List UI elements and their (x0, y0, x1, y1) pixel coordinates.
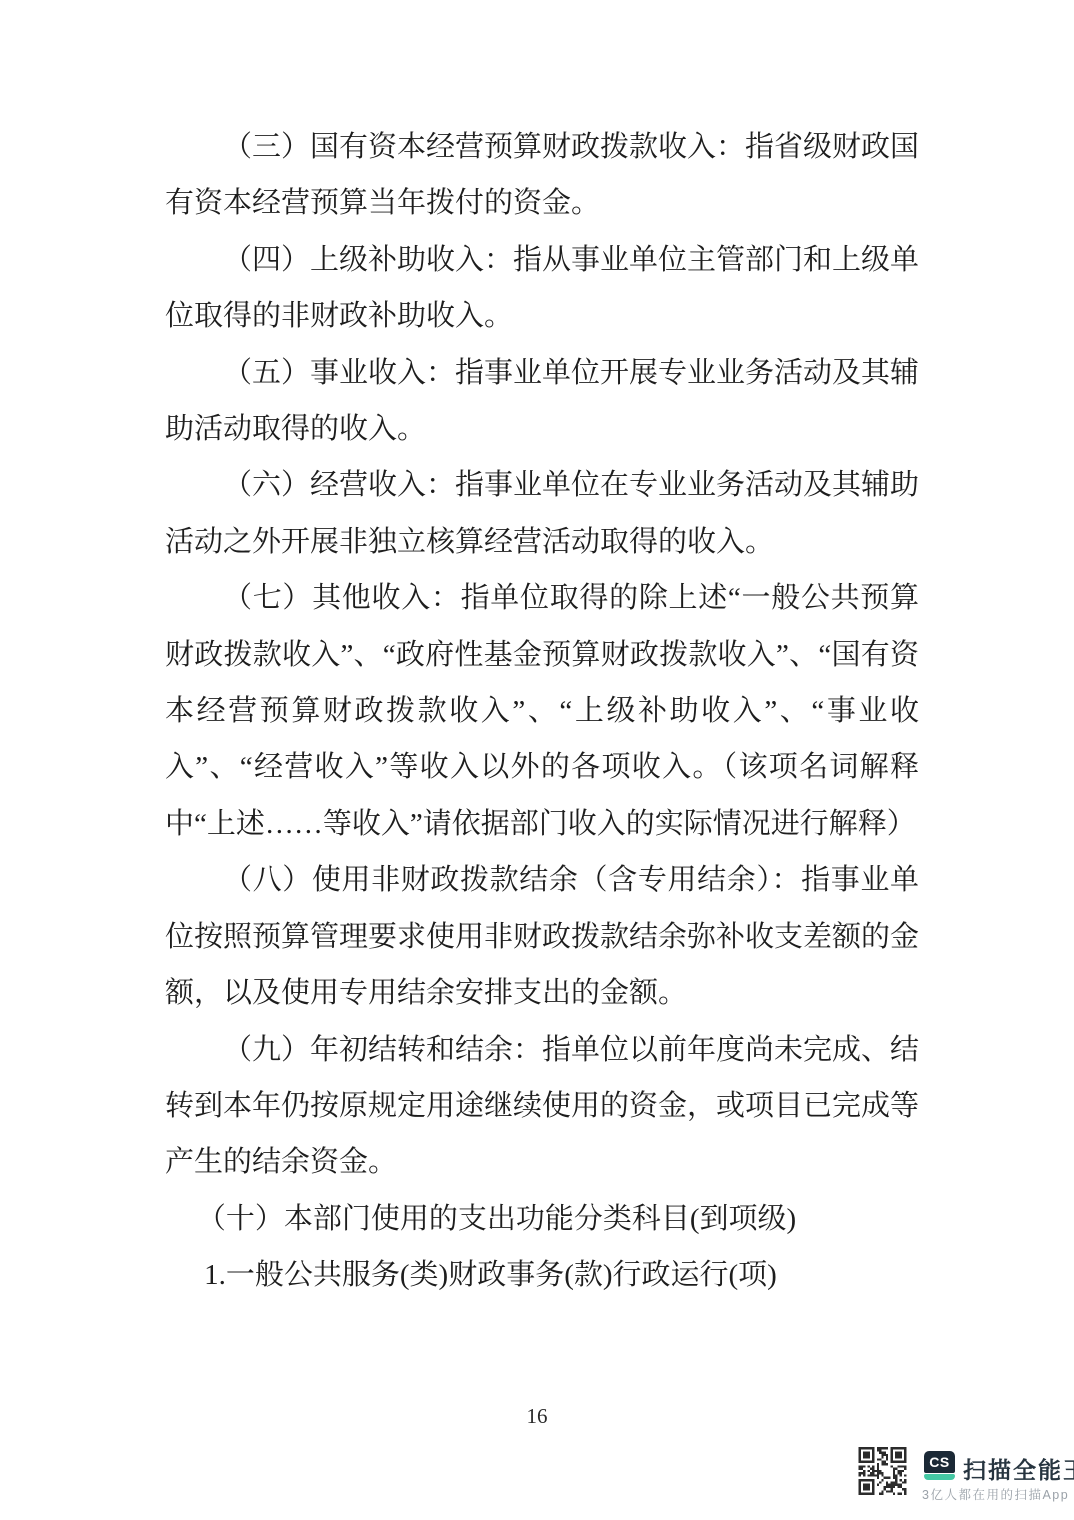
cs-monogram: CS (924, 1451, 955, 1473)
cs-logo-accent-bar (924, 1474, 955, 1480)
paragraph-item-3: （三）国有资本经营预算财政拨款收入：指省级财政国有资本经营预算当年拨付的资金。 (165, 119, 919, 232)
body-text: （三）国有资本经营预算财政拨款收入：指省级财政国有资本经营预算当年拨付的资金。 … (165, 119, 919, 1304)
camscanner-logo-icon: CS (924, 1451, 955, 1480)
paragraph-item-7: （七）其他收入：指单位取得的除上述“一般公共预算财政拨款收入”、“政府性基金预算… (165, 570, 919, 852)
page-number: 16 (0, 1404, 1074, 1429)
camscanner-tagline: 3亿人都在用的扫描App (922, 1485, 1069, 1503)
paragraph-list-item-1: 1.一般公共服务(类)财政事务(款)行政运行(项) (165, 1247, 919, 1303)
paragraph-item-9: （九）年初结转和结余：指单位以前年度尚未完成、结转到本年仍按原规定用途继续使用的… (165, 1022, 919, 1191)
camscanner-brand-name: 扫描全能王 (963, 1452, 1074, 1485)
paragraph-item-6: （六）经营收入：指事业单位在专业业务活动及其辅助活动之外开展非独立核算经营活动取… (165, 457, 919, 570)
paragraph-item-10: （十）本部门使用的支出功能分类科目(到项级) (165, 1191, 919, 1247)
qr-code-icon (858, 1447, 907, 1495)
paragraph-item-5: （五）事业收入：指事业单位开展专业业务活动及其辅助活动取得的收入。 (165, 345, 919, 458)
paragraph-item-8: （八）使用非财政拨款结余（含专用结余）：指事业单位按照预算管理要求使用非财政拨款… (165, 852, 919, 1021)
document-page: （三）国有资本经营预算财政拨款收入：指省级财政国有资本经营预算当年拨付的资金。 … (0, 0, 1074, 1520)
paragraph-item-4: （四）上级补助收入：指从事业单位主管部门和上级单位取得的非财政补助收入。 (165, 232, 919, 345)
